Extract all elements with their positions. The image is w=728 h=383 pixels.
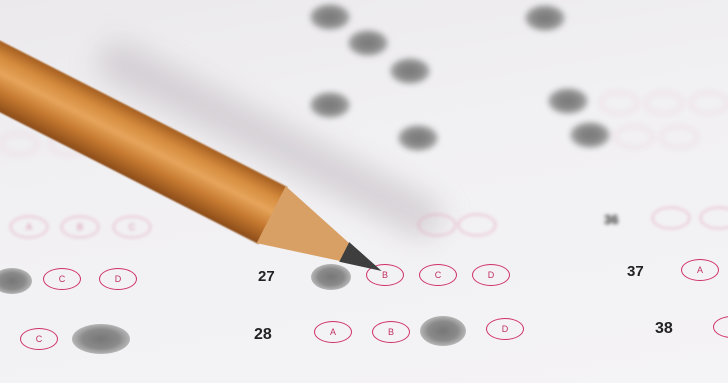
filled-bubble <box>525 5 565 31</box>
bubble: C <box>20 328 58 350</box>
question-number: 28 <box>254 326 272 344</box>
question-number: 36 <box>604 212 618 227</box>
bubble <box>660 126 698 148</box>
filled-bubble <box>348 30 388 56</box>
filled-bubble <box>570 122 610 148</box>
bubble: D <box>472 264 510 286</box>
filled-bubble <box>310 4 350 30</box>
bubble: C <box>43 268 81 290</box>
bubble: B <box>372 321 410 343</box>
bubble: C <box>113 216 151 238</box>
filled-bubble <box>420 316 466 346</box>
filled-bubble <box>72 324 130 354</box>
question-number: 37 <box>627 263 644 280</box>
bubble: A <box>681 259 719 281</box>
pencil <box>0 10 421 312</box>
bubble <box>652 207 690 229</box>
question-number: 27 <box>258 268 275 285</box>
bubble <box>700 207 728 229</box>
bubble <box>645 92 683 114</box>
bubble: A <box>10 216 48 238</box>
bubble <box>690 92 728 114</box>
filled-bubble <box>310 92 350 118</box>
bubble <box>615 126 653 148</box>
filled-bubble <box>548 88 588 114</box>
filled-bubble <box>0 268 32 294</box>
answer-sheet-photo: A B C C D C 26 27 B C D 28 A B D 36 37 A… <box>0 0 728 383</box>
bubble: D <box>486 318 524 340</box>
bubble <box>458 214 496 236</box>
bubble <box>600 92 638 114</box>
bubble: C <box>419 264 457 286</box>
bubble: D <box>99 268 137 290</box>
question-number: 38 <box>655 320 673 338</box>
bubble <box>418 214 456 236</box>
filled-bubble <box>390 58 430 84</box>
bubble: A <box>314 321 352 343</box>
bubble <box>713 316 728 338</box>
filled-bubble <box>398 125 438 151</box>
bubble <box>0 133 38 155</box>
bubble: B <box>61 216 99 238</box>
